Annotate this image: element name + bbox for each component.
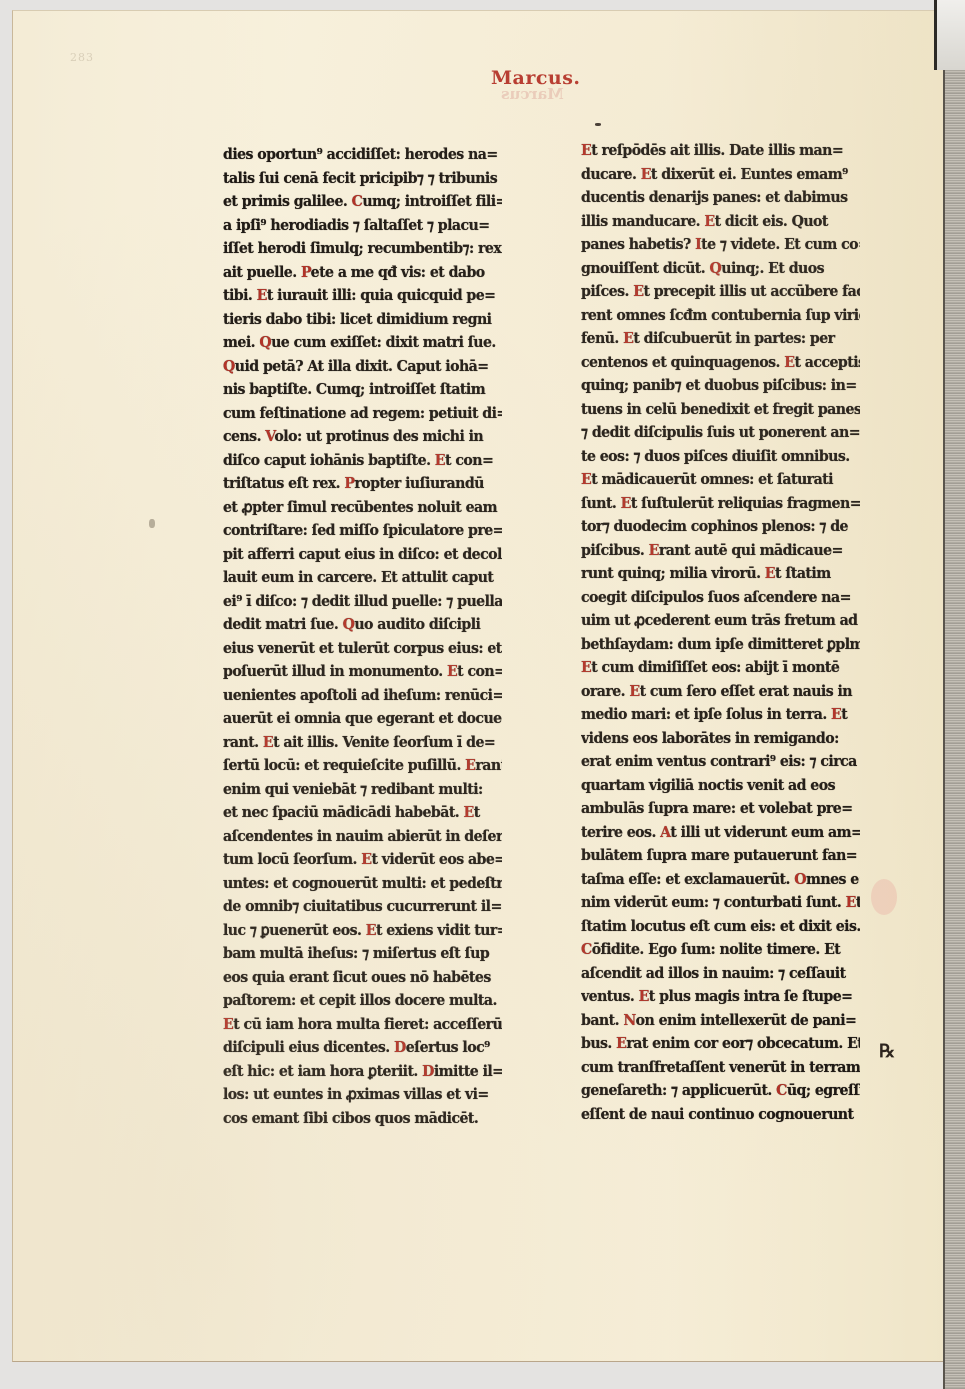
rubricated-initial: E — [639, 987, 649, 1005]
text-line: cens. Volo: ut protinus des michi in — [223, 425, 502, 449]
text-line: mei. Que cum exiſſet: dixit matri ſue. — [223, 331, 502, 355]
text-line: a ipſi⁹ herodiadis ⁊ ſaltaſſet ⁊ placu= — [223, 214, 502, 238]
text-line: centenos et quinquagenos. Et acceptis — [581, 351, 860, 375]
text-line: bus. Erat enim cor eor⁊ obcecatum. Et — [581, 1032, 860, 1056]
text-line: et ꝓpter ſimul recūbentes noluit eam — [223, 496, 502, 520]
text-line: ambulās ſupra mare: et volebat pre= — [581, 797, 860, 821]
text-line: Et cū iam hora multa fieret: acceſſerūt — [223, 1013, 502, 1037]
text-column-left: dies oportun⁹ accidiſſet: herodes na=tal… — [223, 143, 523, 1130]
ink-speck — [595, 123, 601, 126]
text-line: cum tranſfretaſſent venerūt in terram — [581, 1056, 860, 1080]
red-stain — [871, 879, 897, 915]
marginal-annotation: ℞ — [879, 1041, 895, 1062]
text-line: piſcibus. Erant autē qui mādicaue= — [581, 539, 860, 563]
rubricated-initial: E — [581, 141, 591, 159]
text-line: bethſaydam: dum ipſe dimitteret ꝑplm. — [581, 633, 860, 657]
text-line: fenū. Et diſcubuerūt in partes: per — [581, 327, 860, 351]
text-line: diſcipuli eius dicentes. Deſertus loc⁹ — [223, 1036, 502, 1060]
rubricated-initial: E — [641, 165, 651, 183]
text-line: tuens in celū benedixit et fregit panes — [581, 398, 860, 422]
rubricated-initial: O — [794, 870, 806, 888]
text-line: luc ⁊ ꝑuenerūt eos. Et exiens vidit tur= — [223, 919, 502, 943]
running-head-show-through: Marcus — [501, 85, 564, 103]
manuscript-page: 283 Marcus. Marcus dies oportun⁹ accidiſ… — [12, 10, 948, 1362]
text-line: Et mādicauerūt omnes: et ſaturati — [581, 468, 860, 492]
text-line: terire eos. At illi ut viderunt eum am= — [581, 821, 860, 845]
text-line: et primis galilee. Cumq; introiſſet fili… — [223, 190, 502, 214]
rubricated-initial: E — [581, 470, 591, 488]
text-line: ſertū locū: et requieſcite puſillū. Eran… — [223, 754, 502, 778]
text-line: eius venerūt et tulerūt corpus eius: et — [223, 637, 502, 661]
text-line: tibi. Et iurauit illi: quia quicquid pe= — [223, 284, 502, 308]
rubricated-initial: E — [765, 564, 775, 582]
text-line: rent omnes ſcđm contubernia ſup viride — [581, 304, 860, 328]
text-line: ducare. Et dixerūt ei. Euntes emam⁹ — [581, 163, 860, 187]
text-line: uenientes apoſtoli ad iheſum: renūci= — [223, 684, 502, 708]
rubricated-initial: E — [223, 1015, 233, 1033]
text-line: te eos: ⁊ duos piſces diuiſit omnibus. — [581, 445, 860, 469]
rubricated-initial: D — [422, 1062, 434, 1080]
rubricated-initial: C — [776, 1081, 787, 1099]
text-line: orare. Et cum ſero eſſet erat nauis in — [581, 680, 860, 704]
text-line: erat enim ventus contrari⁹ eis: ⁊ circa — [581, 750, 860, 774]
text-line: illis manducare. Et dicit eis. Quot — [581, 210, 860, 234]
text-line: Et cum dimiſiſſet eos: abijt ī montē — [581, 656, 860, 680]
text-line: Quid petā? At illa dixit. Caput iohā= — [223, 355, 502, 379]
text-line: bulātem ſupra mare putauerunt fan= — [581, 844, 860, 868]
rubricated-initial: E — [784, 353, 794, 371]
rubricated-initial: E — [623, 329, 633, 347]
text-line: quinq; panib⁊ et duobus piſcibus: in= — [581, 374, 860, 398]
text-line: taſma eſſe: et exclamauerūt. Omnes e= — [581, 868, 860, 892]
rubricated-initial: E — [621, 494, 631, 512]
text-line: dedit matri ſue. Quo audito diſcipli — [223, 613, 502, 637]
text-line: paſtorem: et cepit illos docere multa. — [223, 989, 502, 1013]
rubricated-initial: P — [344, 474, 354, 492]
text-line: et nec ſpaciū mādicādi habebāt. Et — [223, 801, 502, 825]
text-line: Et reſpōdēs ait illis. Date illis man= — [581, 139, 860, 163]
rubricated-initial: P — [301, 263, 311, 281]
text-line: panes habetis? Ite ⁊ videte. Et cum co= — [581, 233, 860, 257]
rubricated-initial: Q — [223, 357, 235, 375]
text-line: ducentis denarijs panes: et dabimus — [581, 186, 860, 210]
text-line: bam multā iheſus: ⁊ miſertus eſt ſup — [223, 942, 502, 966]
text-line: nis baptiſte. Cumq; introiſſet ſtatim — [223, 378, 502, 402]
text-line: uim ut ꝓcederent eum trās fretum ad — [581, 609, 860, 633]
rubricated-initial: E — [361, 850, 371, 868]
rubricated-initial: I — [695, 235, 701, 253]
text-line: ei⁹ ī diſco: ⁊ dedit illud puelle: ⁊ pue… — [223, 590, 502, 614]
text-line: tor⁊ duodecim cophinos plenos: ⁊ de — [581, 515, 860, 539]
text-line: aſcendentes in nauim abierūt in deſer= — [223, 825, 502, 849]
rubricated-initial: N — [623, 1011, 635, 1029]
text-line: eſt hic: et iam hora ꝑteriit. Dimitte il… — [223, 1060, 502, 1084]
rubricated-initial: E — [704, 212, 714, 230]
text-line: untes: et cognouerūt multi: et pedeſtres — [223, 872, 502, 896]
rubricated-initial: E — [633, 282, 643, 300]
folio-number: 283 — [70, 51, 94, 64]
text-line: diſco caput iohānis baptiſte. Et con= — [223, 449, 502, 473]
rubricated-initial: E — [465, 756, 475, 774]
rubricated-initial: Q — [709, 259, 721, 277]
text-line: coegit diſcipulos ſuos aſcendere na= — [581, 586, 860, 610]
text-line: rant. Et ait illis. Venite ſeorſum ī de= — [223, 731, 502, 755]
book-cover-corner — [934, 0, 965, 70]
text-column-right: Et reſpōdēs ait illis. Date illis man=du… — [581, 139, 881, 1126]
text-line: geneſareth: ⁊ applicuerūt. Cūq; egreſſi — [581, 1079, 860, 1103]
ink-speck — [149, 519, 155, 528]
rubricated-initial: E — [366, 921, 376, 939]
rubricated-initial: E — [435, 451, 445, 469]
book-page-edges — [943, 0, 965, 1389]
text-line: iſſet herodi ſimulq; recumbentib⁊: rex — [223, 237, 502, 261]
text-line: piſces. Et precepit illis ut accūbere fa… — [581, 280, 860, 304]
rubricated-initial: E — [649, 541, 659, 559]
text-line: poſuerūt illud in monumento. Et con= — [223, 660, 502, 684]
text-line: bant. Non enim intellexerūt de pani= — [581, 1009, 860, 1033]
text-line: pit afferri caput eius in diſco: et deco… — [223, 543, 502, 567]
rubricated-initial: E — [263, 733, 273, 751]
text-line: quartam vigiliā noctis venit ad eos — [581, 774, 860, 798]
rubricated-initial: E — [616, 1034, 626, 1052]
text-line: ⁊ dedit diſcipulis ſuis ut ponerent an= — [581, 421, 860, 445]
text-line: ſunt. Et ſuſtulerūt reliquias fragmen= — [581, 492, 860, 516]
text-line: Cōfidite. Ego ſum: nolite timere. Et — [581, 938, 860, 962]
text-line: ventus. Et plus magis intra ſe ſtupe= — [581, 985, 860, 1009]
rubricated-initial: E — [831, 705, 841, 723]
text-line: los: ut euntes in ꝓximas villas et vi= — [223, 1083, 502, 1107]
text-line: auerūt ei omnia que egerant et docue= — [223, 707, 502, 731]
rubricated-initial: A — [660, 823, 670, 841]
text-line: tum locū ſeorſum. Et viderūt eos abe= — [223, 848, 502, 872]
text-line: talis ſui cenā fecit pricipib⁊ ⁊ tribuni… — [223, 167, 502, 191]
text-line: medio mari: et ipſe ſolus in terra. Et — [581, 703, 860, 727]
rubricated-initial: V — [265, 427, 274, 445]
text-line: eſſent de naui continuo cognouerunt — [581, 1103, 860, 1127]
rubricated-initial: E — [257, 286, 267, 304]
text-line: enim qui veniebāt ⁊ redibant multi: — [223, 778, 502, 802]
text-line: runt quinq; milia virorū. Et ſtatim — [581, 562, 860, 586]
text-line: aſcendit ad illos in nauim: ⁊ ceſſauit — [581, 962, 860, 986]
text-line: tieris dabo tibi: licet dimidium regni — [223, 308, 502, 332]
rubricated-initial: C — [581, 940, 592, 958]
rubricated-initial: D — [394, 1038, 406, 1056]
text-line: ait puelle. Pete a me qđ vis: et dabo — [223, 261, 502, 285]
rubricated-initial: C — [352, 192, 363, 210]
rubricated-initial: Q — [343, 615, 355, 633]
text-line: eos quia erant ſicut oues nō habētes — [223, 966, 502, 990]
text-line: cum feſtinatione ad regem: petiuit di= — [223, 402, 502, 426]
text-line: dies oportun⁹ accidiſſet: herodes na= — [223, 143, 502, 167]
rubricated-initial: E — [581, 658, 591, 676]
rubricated-initial: E — [629, 682, 639, 700]
rubricated-initial: E — [846, 893, 856, 911]
text-line: triſtatus eſt rex. Propter iuſiurandū — [223, 472, 502, 496]
text-line: de omnib⁊ ciuitatibus cucurrerunt il= — [223, 895, 502, 919]
text-line: gnouiſſent dicūt. Quinq;. Et duos — [581, 257, 860, 281]
rubricated-initial: E — [464, 803, 474, 821]
text-line: ſtatim locutus eſt cum eis: et dixit eis… — [581, 915, 860, 939]
rubricated-initial: Q — [259, 333, 271, 351]
text-line: cos emant ſibi cibos quos mādicēt. — [223, 1107, 502, 1131]
text-line: nim viderūt eum: ⁊ conturbati ſunt. Et — [581, 891, 860, 915]
rubricated-initial: E — [447, 662, 457, 680]
text-line: lauit eum in carcere. Et attulit caput — [223, 566, 502, 590]
text-line: videns eos laborātes in remigando: — [581, 727, 860, 751]
text-line: contriſtare: ſed miſſo ſpiculatore pre= — [223, 519, 502, 543]
